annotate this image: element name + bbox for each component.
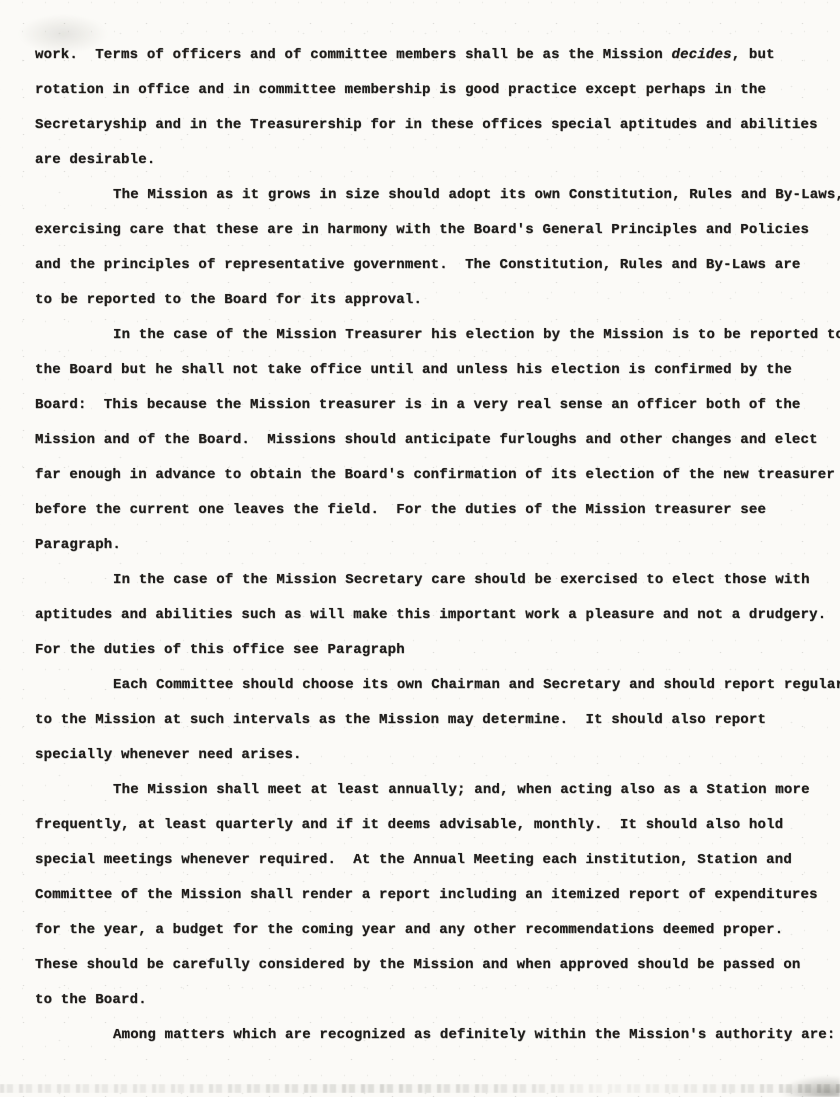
text-line: to be reported to the Board for its appr… — [35, 283, 825, 318]
text-segment: Board: This because the Mission treasure… — [35, 397, 801, 413]
text-line: These should be carefully considered by … — [35, 948, 825, 983]
text-segment: exercising care that these are in harmon… — [35, 222, 809, 238]
text-segment: to the Mission at such intervals as the … — [35, 712, 766, 728]
text-segment: to be reported to the Board for its appr… — [35, 292, 422, 308]
text-segment: aptitudes and abilities such as will mak… — [35, 607, 826, 623]
text-line: Board: This because the Mission treasure… — [35, 388, 825, 423]
text-line: frequently, at least quarterly and if it… — [35, 808, 825, 843]
text-segment: work. Terms of officers and of committee… — [35, 47, 672, 63]
text-line: exercising care that these are in harmon… — [35, 213, 825, 248]
text-line: For the duties of this office see Paragr… — [35, 633, 825, 668]
text-segment: Each Committee should choose its own Cha… — [113, 677, 840, 693]
text-line: rotation in office and in committee memb… — [35, 73, 825, 108]
scanned-document-page: work. Terms of officers and of committee… — [0, 0, 840, 1097]
text-segment: for the year, a budget for the coming ye… — [35, 922, 783, 938]
italic-text-segment: decides — [672, 47, 732, 63]
text-line: special meetings whenever required. At t… — [35, 843, 825, 878]
text-segment: to the Board. — [35, 992, 147, 1008]
text-line: Paragraph. — [35, 528, 825, 563]
text-segment: In the case of the Mission Secretary car… — [113, 572, 810, 588]
text-segment: rotation in office and in committee memb… — [35, 82, 766, 98]
text-line: Among matters which are recognized as de… — [35, 1018, 825, 1053]
text-line: the Board but he shall not take office u… — [35, 353, 825, 388]
text-line: The Mission shall meet at least annually… — [35, 773, 825, 808]
text-line: before the current one leaves the field.… — [35, 493, 825, 528]
text-segment: Mission and of the Board. Missions shoul… — [35, 432, 818, 448]
text-line: The Mission as it grows in size should a… — [35, 178, 825, 213]
text-line: specially whenever need arises. — [35, 738, 825, 773]
text-segment: For the duties of this office see Paragr… — [35, 642, 405, 658]
text-segment: Committee of the Mission shall render a … — [35, 887, 818, 903]
text-line: to the Mission at such intervals as the … — [35, 703, 825, 738]
text-segment: are desirable. — [35, 152, 155, 168]
text-line: Each Committee should choose its own Cha… — [35, 668, 825, 703]
text-segment: In the case of the Mission Treasurer his… — [113, 327, 840, 343]
text-segment: The Mission shall meet at least annually… — [113, 782, 810, 798]
text-segment: , but — [732, 47, 775, 63]
text-segment: Among matters which are recognized as de… — [113, 1027, 836, 1043]
text-line: aptitudes and abilities such as will mak… — [35, 598, 825, 633]
text-line: and the principles of representative gov… — [35, 248, 825, 283]
text-segment: far enough in advance to obtain the Boar… — [35, 467, 835, 483]
scan-smudge-band-bottom — [0, 1084, 840, 1093]
text-segment: Paragraph. — [35, 537, 121, 553]
scan-smudge-corner-bottom-right — [780, 1075, 840, 1097]
text-line: Secretaryship and in the Treasurership f… — [35, 108, 825, 143]
typewritten-text-block: work. Terms of officers and of committee… — [35, 38, 825, 1053]
text-line: work. Terms of officers and of committee… — [35, 38, 825, 73]
text-line: Committee of the Mission shall render a … — [35, 878, 825, 913]
text-line: for the year, a budget for the coming ye… — [35, 913, 825, 948]
text-line: Mission and of the Board. Missions shoul… — [35, 423, 825, 458]
text-line: far enough in advance to obtain the Boar… — [35, 458, 825, 493]
text-line: to the Board. — [35, 983, 825, 1018]
text-line: are desirable. — [35, 143, 825, 178]
text-line: In the case of the Mission Treasurer his… — [35, 318, 825, 353]
text-segment: The Mission as it grows in size should a… — [113, 187, 840, 203]
text-segment: before the current one leaves the field.… — [35, 502, 766, 518]
text-segment: specially whenever need arises. — [35, 747, 302, 763]
text-segment: frequently, at least quarterly and if it… — [35, 817, 783, 833]
text-segment: Secretaryship and in the Treasurership f… — [35, 117, 818, 133]
text-segment: These should be carefully considered by … — [35, 957, 801, 973]
text-line: In the case of the Mission Secretary car… — [35, 563, 825, 598]
text-segment: special meetings whenever required. At t… — [35, 852, 792, 868]
text-segment: the Board but he shall not take office u… — [35, 362, 792, 378]
text-segment: and the principles of representative gov… — [35, 257, 801, 273]
